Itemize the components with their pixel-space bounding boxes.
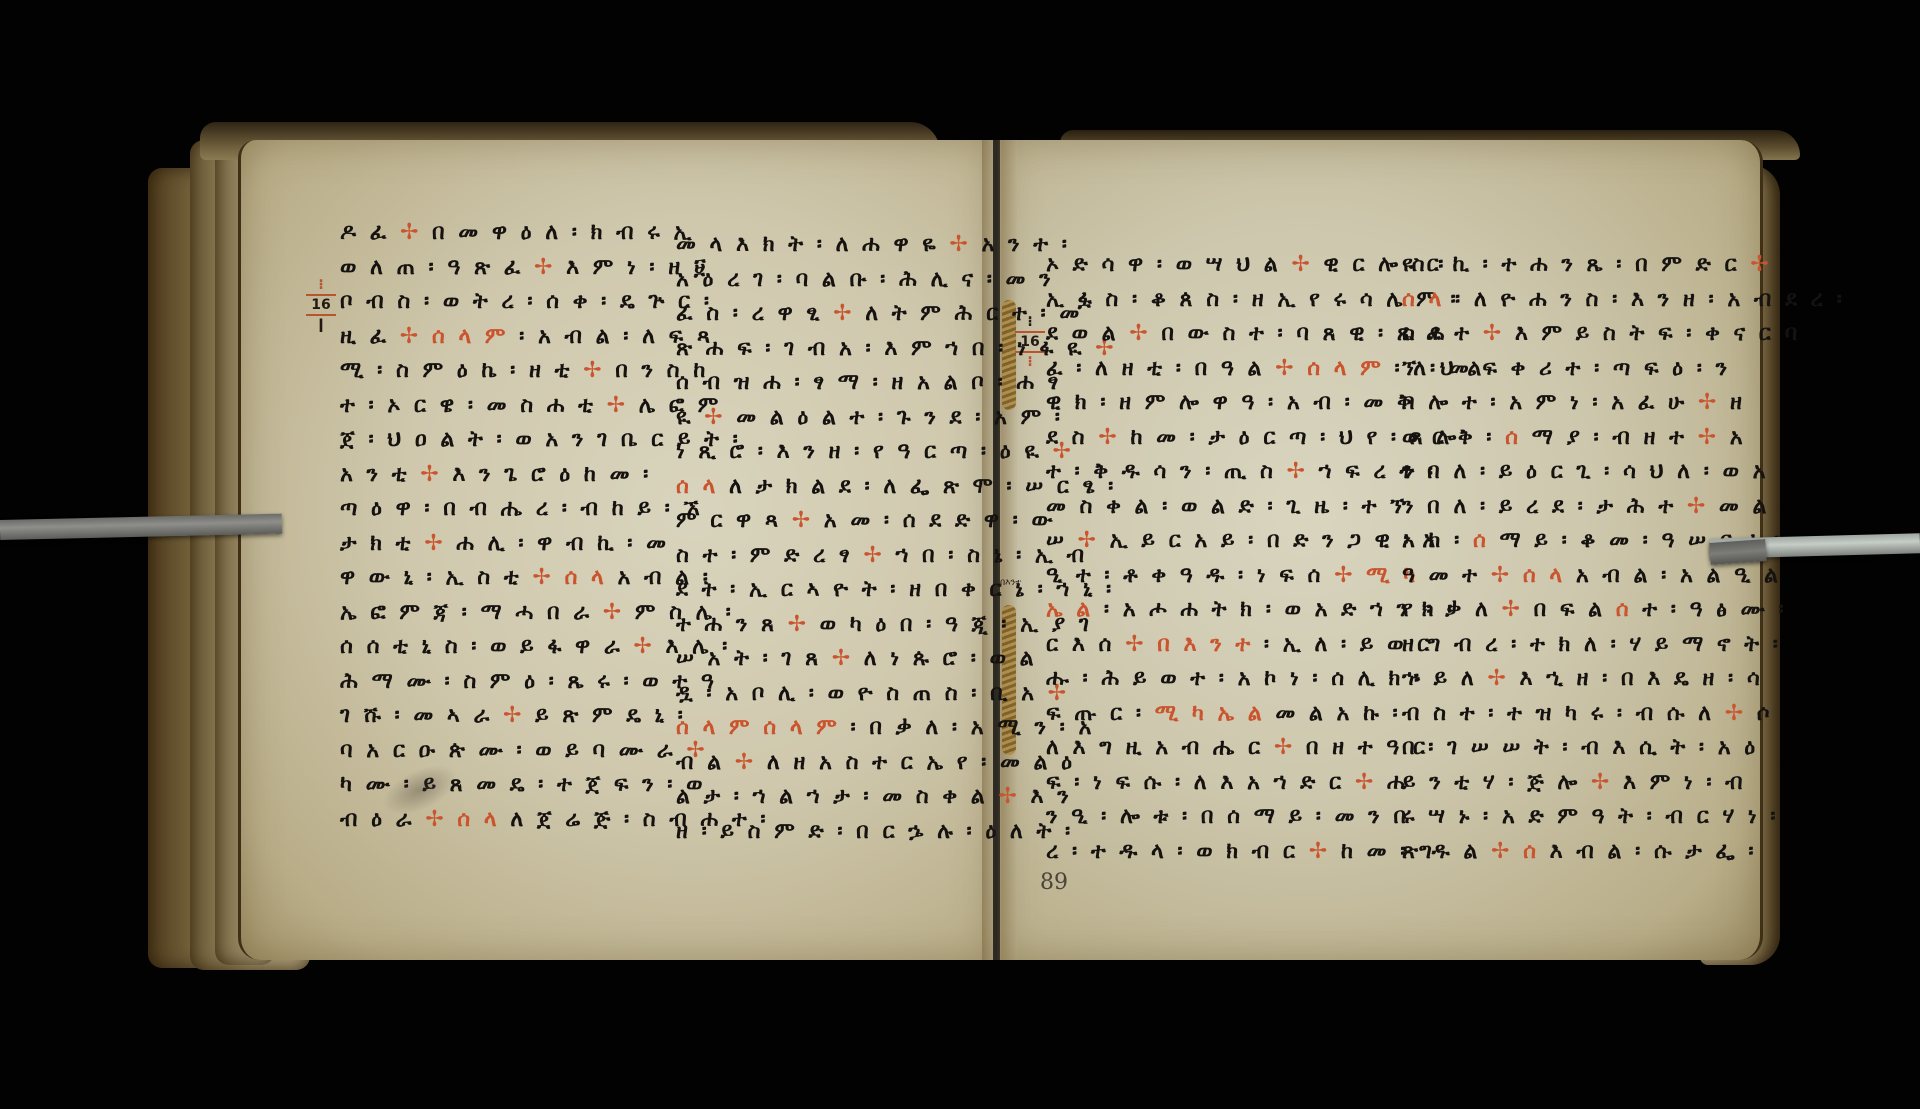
rubric-cross-icon: ✢	[607, 393, 628, 418]
rubric-cross-icon: ✢	[1698, 425, 1719, 450]
rubric-cross-icon: ✢	[603, 600, 624, 625]
text-line: ኍ ይ ለ ✢ እ ኂ ዘ ፡ በ እ ዴ ዘ ፡ ሳ	[1402, 662, 1845, 697]
folio-number: 89	[1040, 870, 1068, 895]
rubric-cross-icon: ✢	[1355, 770, 1376, 795]
rubric-cross-icon: ✢	[1487, 666, 1508, 691]
text-line: ጽ ዱ ል ✢ ሰ እ ብ ል ፡ ሱ ታ ፌ ፡	[1402, 835, 1845, 870]
rubric-cross-icon: ✢	[1750, 252, 1771, 277]
rubric-cross-icon: ✢	[1591, 770, 1612, 795]
rubric-cross-icon: ✢	[534, 255, 555, 280]
rubric-cross-icon: ✢	[1491, 839, 1512, 864]
rubric-cross-icon: ✢	[1274, 735, 1295, 760]
rubric-cross-icon: ✢	[832, 646, 853, 671]
rubric-text: ሰ	[1505, 425, 1521, 450]
rubric-text: ሚ ካ ኤ ል	[1155, 701, 1265, 726]
rubric-text: ሰ	[1473, 528, 1489, 553]
rubric-text: ሰ	[1402, 287, 1418, 312]
rubric-cross-icon: ✢	[1698, 390, 1719, 415]
rubric-cross-icon: ✢	[1334, 563, 1355, 588]
rubric-cross-icon: ✢	[424, 531, 445, 556]
rubric-cross-icon: ✢	[1125, 632, 1146, 657]
text-line: ይ ን ቲ ሃ ፡ ጅ ሎ ✢ እ ም ነ ፡ ብ	[1402, 766, 1845, 801]
rubric-cross-icon: ✢	[420, 462, 441, 487]
rubric-cross-icon: ✢	[1687, 494, 1708, 519]
text-line: ሩ ሣ ኑ ፡ አ ድ ም ዓ ት ፡ ብ ር ሃ ነ ፡	[1402, 800, 1845, 835]
text-line: ብ ስ ተ ፡ ተ ዝ ካ ሩ ፡ ብ ሱ ለ ✢ ሶ	[1402, 697, 1845, 732]
rubric-text: ሰ ላ	[1523, 563, 1565, 588]
rubric-cross-icon: ✢	[633, 634, 654, 659]
metal-weight-right-tip	[1709, 539, 1766, 565]
rubric-cross-icon: ✢	[532, 565, 553, 590]
text-column-4: ዩ ር ኪ ፡ ተ ሐ ን ጼ ፡ በ ም ድ ር ✢ሰ ላ ፡ ለ ዮ ሐ ን…	[1402, 248, 1845, 869]
rubric-cross-icon: ✢	[1287, 459, 1308, 484]
rubric-cross-icon: ✢	[400, 324, 421, 349]
rubric-text: ሰ ላ ም	[676, 715, 753, 740]
rubric-cross-icon: ✢	[1291, 252, 1312, 277]
text-line: ወ ር ቅ ፡ ሰ ማ ያ ፡ ብ ዘ ተ ✢ አ	[1402, 421, 1845, 456]
rubric-text: ሰ ላ	[457, 807, 499, 832]
rubric-cross-icon: ✢	[792, 508, 813, 533]
rubric-cross-icon: ✢	[863, 543, 884, 568]
rubric-cross-icon: ✢	[1502, 597, 1523, 622]
rubric-text: ሰ ላ	[1402, 287, 1444, 312]
margin-note: በእንተ	[1000, 578, 1021, 588]
rubric-cross-icon: ✢	[425, 807, 446, 832]
rubric-text: ኤ ል	[1046, 597, 1093, 622]
rubric-cross-icon: ✢	[735, 750, 756, 775]
text-line: በ ፡ ገ ሠ ሠ ት ፡ ብ እ ሲ ት ፡ አ ዕ	[1402, 731, 1845, 766]
text-line: ባ ሎ ተ ፡ አ ም ነ ፡ አ ፈ ሁ ✢ ዘ	[1402, 386, 1845, 421]
rubric-cross-icon: ✢	[1078, 528, 1099, 553]
rubric-cross-icon: ✢	[704, 405, 725, 430]
rubric-text: ሰ ላ	[763, 715, 805, 740]
text-line: ኘ ፡ መ ፍ ቀ ሪ ተ ፡ ጣ ፍ ዕ ፡ ን	[1402, 352, 1845, 387]
rubric-text: ሰ	[1523, 839, 1539, 864]
rubric-cross-icon: ✢	[998, 784, 1019, 809]
rubric-cross-icon: ✢	[1725, 701, 1746, 726]
text-line: የ ፡ ቃ ለ ✢ በ ፍ ል ሰ ተ ፡ ዓ ፅ ሙ ፡	[1402, 593, 1845, 628]
rubric-text: ሰ ላ	[432, 324, 474, 349]
manuscript-photo: ⁝ 16 ǀ ⁝ 16 ⁝ ዶ ፈ ✢ በ መ ዋ ዕ ለ ፡ ክ ብ ሩ ኢወ…	[0, 0, 1920, 1109]
rubric-text: ሰ ላ ም	[432, 324, 509, 349]
text-line: ዩ ር ኪ ፡ ተ ሐ ን ጼ ፡ በ ም ድ ር ✢	[1402, 248, 1845, 283]
rubric-cross-icon: ✢	[1491, 563, 1512, 588]
quire-mark-left: ⁝ 16 ǀ	[306, 278, 336, 332]
rubric-cross-icon: ✢	[503, 703, 524, 728]
rubric-text: ሚ ካ	[1155, 701, 1207, 726]
rubric-cross-icon: ✢	[1129, 321, 1150, 346]
rubric-text: ሰ ላ	[676, 474, 718, 499]
rubric-text: ኤ ል	[1218, 701, 1265, 726]
rubric-text: ሰ	[1523, 563, 1539, 588]
rubric-text: ሰ ላ ም	[763, 715, 840, 740]
rubric-cross-icon: ✢	[583, 358, 604, 383]
rubric-cross-icon: ✢	[1098, 425, 1119, 450]
text-line: ሰ ላ ፡ ለ ዮ ሐ ን ስ ፡ እ ን ዘ ፡ አ ብ ደ ረ ፡	[1402, 283, 1845, 318]
text-line: ን በ ለ ፡ ይ ረ ደ ፡ ታ ሕ ተ ✢ መ ል	[1402, 490, 1845, 525]
rubric-text: ሰ ላ	[564, 565, 606, 590]
rubric-text: ሰ ላ ም	[1307, 356, 1384, 381]
text-line: ን በ ለ ፡ ይ ዕ ር ጊ ፡ ሳ ህ ለ ፡ ወ አ	[1402, 455, 1845, 490]
text-line: ዓ መ ተ ✢ ሰ ላ አ ብ ል ፡ አ ል ዒ ል	[1402, 559, 1845, 594]
rubric-cross-icon: ✢	[1275, 356, 1296, 381]
text-line: ስ ደ ተ ✢ እ ም ይ ስ ት ፍ ፡ ቀ ና ር ባ	[1402, 317, 1845, 352]
rubric-cross-icon: ✢	[788, 612, 809, 637]
rubric-cross-icon: ✢	[833, 301, 854, 326]
rubric-cross-icon: ✢	[1483, 321, 1504, 346]
rubric-text: ሰ ላ	[676, 715, 718, 740]
rubric-text: ሰ	[1616, 597, 1632, 622]
rubric-text: በ እ ን ተ	[1157, 632, 1253, 657]
rubric-cross-icon: ✢	[400, 220, 421, 245]
rubric-cross-icon: ✢	[1309, 839, 1330, 864]
text-line: ዘ ግ ብ ረ ፡ ተ ክ ለ ፡ ሃ ይ ማ ኖ ት ፡	[1402, 628, 1845, 663]
rubric-cross-icon: ✢	[949, 232, 970, 257]
